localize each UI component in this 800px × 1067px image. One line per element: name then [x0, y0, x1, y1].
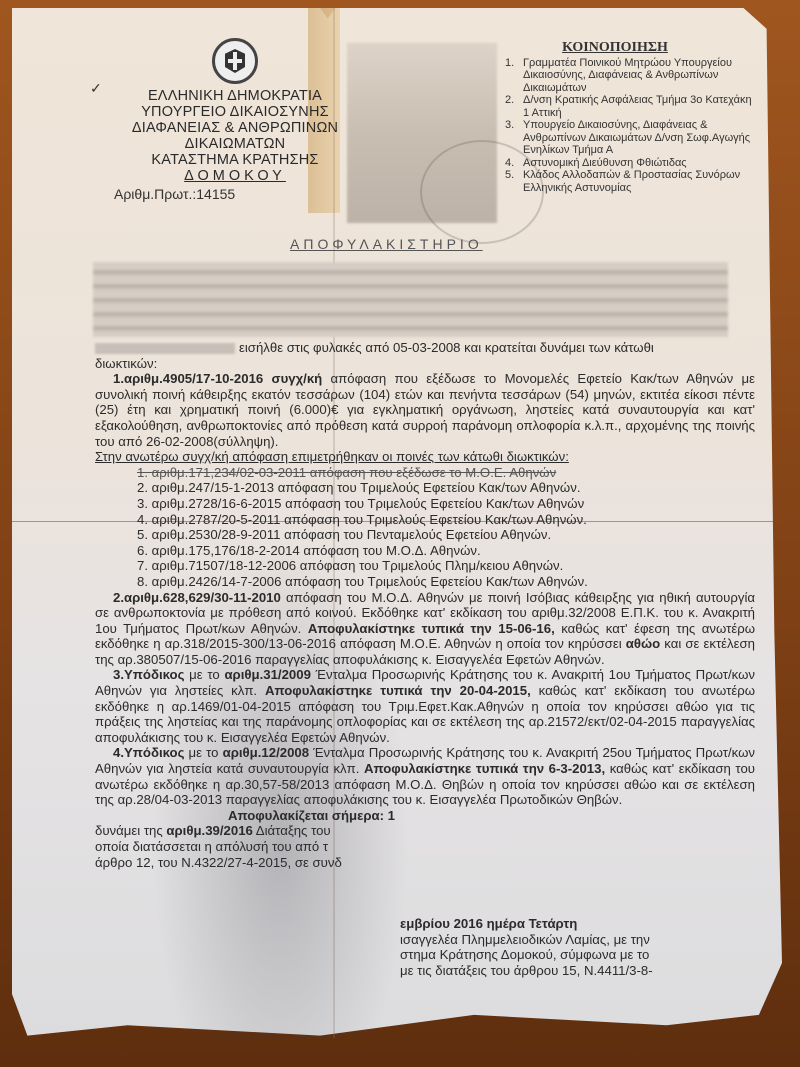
- notification-item: 5.Κλάδος Αλλοδαπών & Προστασίας Συνόρων …: [505, 169, 755, 194]
- sub-case-item: 1. αριθμ.171,234/02-03-2011 απόφαση που …: [137, 465, 755, 481]
- sub-case-item: 5. αριθμ.2530/28-9-2011 απόφαση του Πεντ…: [137, 527, 755, 543]
- sub-case-item: 6. αριθμ.175,176/18-2-2014 απόφαση του Μ…: [137, 543, 755, 559]
- release-line: δυνάμει της αριθμ.39/2016 Διάταξης του: [95, 823, 395, 839]
- release-line: ισαγγελέα Πλημμελειοδικών Λαμίας, με την: [400, 932, 760, 948]
- release-line: οποία διατάσσεται η απόλυσή του από τ: [95, 839, 395, 855]
- sub-case-item: 8. αριθμ.2426/14-7-2006 απόφαση του Τριμ…: [137, 574, 755, 590]
- intro-paragraph: εισήλθε στις φυλακές από 05-03-2008 και …: [95, 340, 755, 356]
- letterhead-line: ΔΙΑΦΑΝΕΙΑΣ & ΑΝΘΡΩΠΙΝΩΝ: [110, 120, 360, 136]
- case-3: 3.Υπόδικος με το αριθμ.31/2009 Ένταλμα Π…: [95, 667, 755, 745]
- release-line: στημα Κράτησης Δομοκού, σύμφωνα με το: [400, 947, 760, 963]
- intro-continued: διωκτικών:: [95, 356, 755, 372]
- letterhead-line: ΔΙΚΑΙΩΜΑΤΩΝ: [110, 136, 360, 152]
- notification-title: ΚΟΙΝΟΠΟΙΗΣΗ: [475, 42, 755, 55]
- sub-case-item: 7. αριθμ.71507/18-12-2006 απόφαση του Τρ…: [137, 558, 755, 574]
- letterhead-line: ΕΛΛΗΝΙΚΗ ΔΗΜΟΚΡΑΤΙΑ: [110, 88, 360, 104]
- notification-item: 4.Αστυνομική Διεύθυνση Φθιώτιδας: [505, 157, 755, 170]
- letterhead-line: ΚΑΤΑΣΤΗΜΑ ΚΡΑΤΗΣΗΣ: [110, 152, 360, 168]
- sub-case-item: 3. αριθμ.2728/16-6-2015 απόφαση του Τριμ…: [137, 496, 755, 512]
- coat-of-arms-icon: [212, 38, 258, 84]
- letterhead: ΕΛΛΗΝΙΚΗ ΔΗΜΟΚΡΑΤΙΑ ΥΠΟΥΡΓΕΙΟ ΔΙΚΑΙΟΣΥΝΗ…: [110, 38, 360, 202]
- handwritten-check-icon: ✓: [90, 80, 102, 97]
- redacted-personal-data: [93, 262, 728, 337]
- release-right: εμβρίου 2016 ημέρα Τετάρτη ισαγγελέα Πλη…: [400, 916, 760, 978]
- document-body: εισήλθε στις φυλακές από 05-03-2008 και …: [95, 340, 755, 870]
- release-line: άρθρο 12, του Ν.4322/27-4-2015, σε συνδ: [95, 855, 395, 871]
- sub-case-item: 4. αριθμ.2787/20-5-2011 απόφαση του Τριμ…: [137, 512, 755, 528]
- document-title: ΑΠΟΦΥΛΑΚΙΣΤΗΡΙΟ: [290, 236, 483, 252]
- case-4: 4.Υπόδικος με το αριθμ.12/2008 Ένταλμα Π…: [95, 745, 755, 807]
- release-heading-right: εμβρίου 2016 ημέρα Τετάρτη: [400, 916, 760, 932]
- sub-case-item: 2. αριθμ.247/15-1-2013 απόφαση του Τριμε…: [137, 480, 755, 496]
- notification-item: 1.Γραμματέα Ποινικού Μητρώου Υπουργείου …: [505, 57, 755, 95]
- notification-item: 2.Δ/νση Κρατικής Ασφάλειας Τμήμα 3ο Κατε…: [505, 94, 755, 119]
- protocol-number: Αριθμ.Πρωτ.:14155: [114, 186, 360, 202]
- notification-item: 3.Υπουργείο Δικαιοσύνης, Διαφάνειας & Αν…: [505, 119, 755, 157]
- notification-list: ΚΟΙΝΟΠΟΙΗΣΗ 1.Γραμματέα Ποινικού Μητρώου…: [505, 42, 755, 194]
- release-left: Αποφυλακίζεται σήμερα: 1 δυνάμει της αρι…: [95, 808, 395, 870]
- sub-cases-heading: Στην ανωτέρω συγχ/κή απόφαση επιμετρήθηκ…: [95, 449, 755, 465]
- prison-name: ΔΟΜΟΚΟΥ: [110, 168, 360, 184]
- case-2: 2.αριθμ.628,629/30-11-2010 απόφαση του Μ…: [95, 590, 755, 668]
- letterhead-line: ΥΠΟΥΡΓΕΙΟ ΔΙΚΑΙΟΣΥΝΗΣ: [110, 104, 360, 120]
- sub-cases-list: 1. αριθμ.171,234/02-03-2011 απόφαση που …: [137, 465, 755, 590]
- case-1: 1.αριθμ.4905/17-10-2016 συγχ/κή απόφαση …: [95, 371, 755, 449]
- release-heading-left: Αποφυλακίζεται σήμερα: 1: [95, 808, 395, 824]
- redacted-inline: [95, 343, 235, 354]
- release-line: με τις διατάξεις του άρθρου 15, Ν.4411/3…: [400, 963, 760, 979]
